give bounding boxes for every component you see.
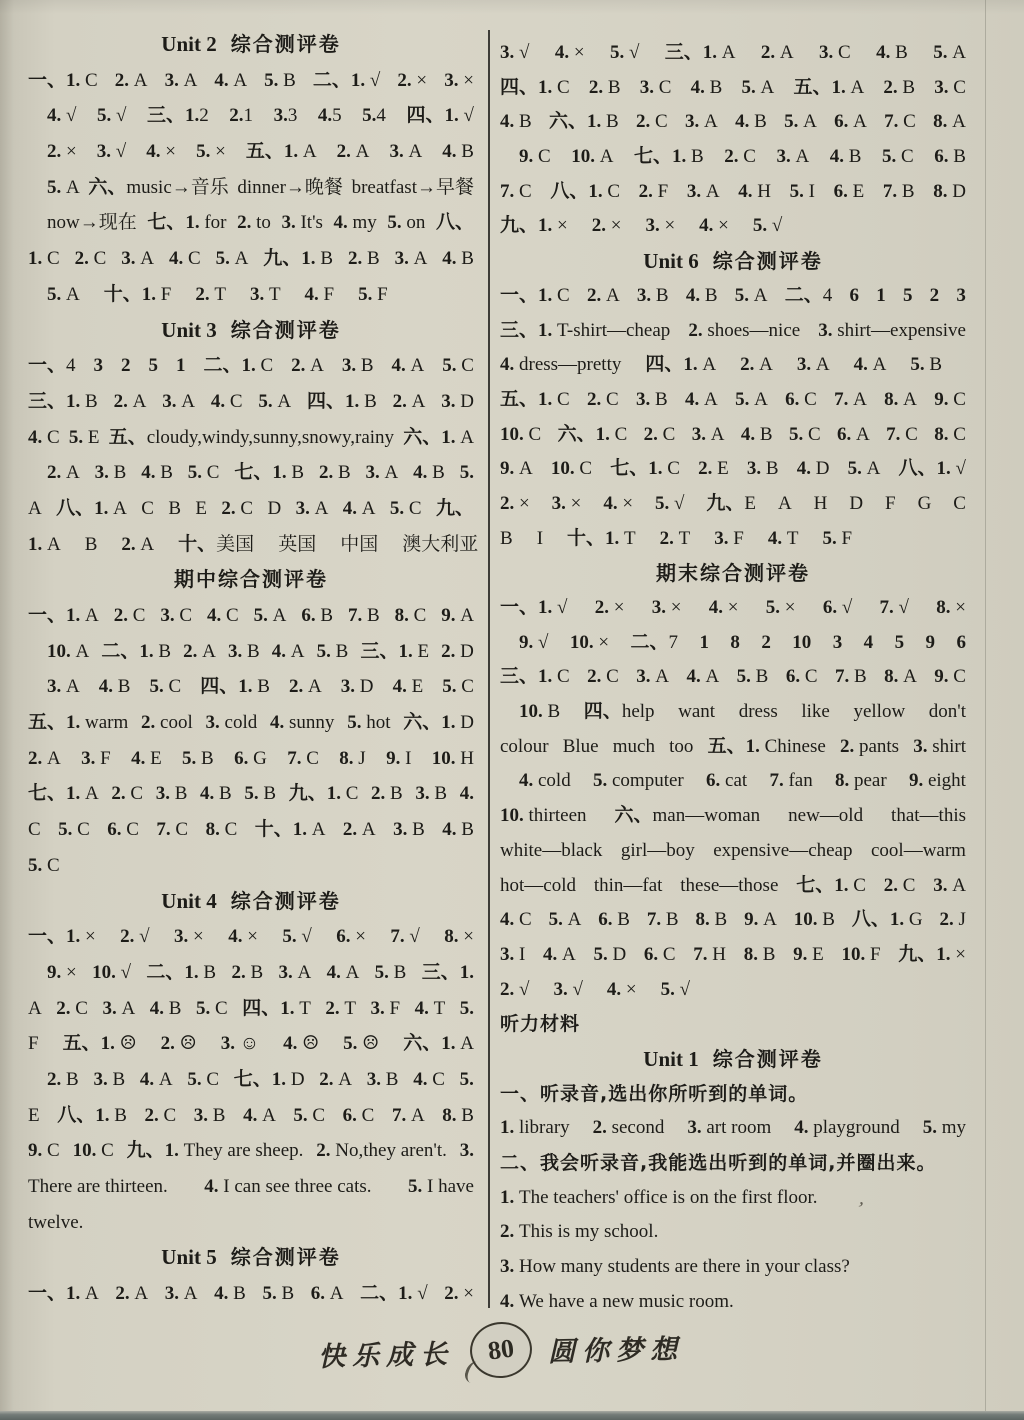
answer-token: 2. C [636, 105, 668, 140]
answer-token: 6. × [336, 919, 366, 955]
answer-token: 4. A [214, 63, 247, 99]
answer-line: 5. C [28, 848, 474, 884]
answer-token: 2. √ [500, 979, 529, 1000]
answer-token: 6 [849, 279, 859, 314]
answer-token: 十、1. F [104, 284, 172, 305]
answer-line: 10. C六、1. C2. C3. A4. B5. C6. A7. C8. C [500, 418, 966, 453]
answer-token: 5. C [28, 855, 60, 876]
answer-token: 五、cloudy,windy,sunny,snowy,rainy [109, 420, 394, 456]
answer-token: yellow [853, 695, 905, 730]
answer-line: 4. dress—pretty四、1. A2. A3. A4. A5. B [500, 348, 966, 383]
answer-token: 2. A [740, 354, 773, 375]
answer-token: 3. A [165, 63, 198, 99]
answer-token: 3. B [637, 279, 669, 314]
answer-line: C5. C6. C7. C8. C十、1. A2. A3. B4. B [28, 812, 474, 848]
answer-token: 八、 [436, 205, 474, 241]
answer-token: 2. shoes—nice [688, 314, 800, 349]
answer-token: 5. C [789, 418, 821, 453]
answer-line: 3. How many students are there in your c… [500, 1250, 966, 1285]
answer-token: 九、1. C [289, 776, 359, 812]
answer-token: 三、1.2 [147, 98, 209, 134]
answer-token: 2. × [397, 63, 427, 99]
answer-token: 3. A [278, 955, 311, 991]
answer-token: 5. A [848, 452, 881, 487]
answer-token: 7. C [156, 812, 188, 848]
answer-token: 2. second [593, 1111, 665, 1146]
answer-token: 五、1. A [246, 134, 317, 170]
answer-token: white—black [500, 834, 602, 869]
answer-token: 8. J [339, 741, 365, 777]
answer-token: 3. A [389, 134, 422, 170]
answer-line: 2. A3. F4. E5. B6. G7. C8. J9. I10. H [28, 741, 474, 777]
answer-token: I [537, 528, 543, 549]
answer-token: 4. cold [519, 764, 571, 799]
answer-token: expensive—cheap [713, 834, 852, 869]
answer-token: 3. B [393, 812, 425, 848]
answer-token: 3. F [714, 528, 744, 549]
answer-token: 七、1. B [234, 455, 304, 491]
answer-token: 4. [460, 776, 474, 812]
answer-token: 2. T [325, 991, 356, 1027]
answer-line: 4. B六、1. B2. C3. A4. B5. A6. A7. C8. A [500, 105, 966, 140]
answer-token: 4. C [413, 1062, 445, 1098]
answer-line: 一、1. ×2. √3. ×4. ×5. √6. ×7. √8. × [28, 919, 474, 955]
answer-token: 六、1. A [403, 1026, 474, 1062]
answer-token: 听力材料 [500, 1013, 580, 1035]
answer-token: 8. B [695, 903, 727, 938]
answer-token: girl—boy [621, 834, 695, 869]
answer-token: 5. on [387, 205, 425, 241]
answer-token: 五、1. Chinese [708, 730, 826, 765]
answer-token: 八、1. G [852, 903, 923, 938]
answer-token: 二、1. √ [360, 1276, 427, 1312]
answer-token: 4. ☹ [283, 1026, 319, 1062]
answer-token: 3. × [444, 63, 474, 99]
answer-token: 10. C [500, 418, 541, 453]
answer-token: 2. pants [840, 730, 899, 765]
answer-token: 3. A [366, 455, 399, 491]
answer-token: 5. C [150, 669, 182, 705]
answer-token: 10. C [73, 1133, 114, 1169]
answer-token: 7. B [348, 598, 380, 634]
answer-token: 4. C [169, 241, 201, 277]
answer-token: 1. C [28, 241, 60, 277]
answer-token: 4. B [735, 105, 767, 140]
answer-token: 2. C [145, 1098, 177, 1134]
answer-line: 4. √5. √三、1.22.13.34.55.4四、1. √ [28, 98, 474, 134]
answer-token: 七、1. D [234, 1062, 305, 1098]
answer-token: 4. B [442, 812, 474, 848]
answer-line: 一、1. C2. A3. A4. A5. B二、1. √2. ×3. × [28, 63, 474, 99]
answer-token: 5. [460, 991, 474, 1027]
answer-token: 10. thirteen [500, 799, 587, 834]
answer-token: 8. A [884, 383, 917, 418]
answer-line: 4. cold5. computer6. cat7. fan8. pear9. … [500, 764, 966, 799]
right-column: 3. √4. ×5. √三、1. A2. A3. C4. B5. A四、1. C… [500, 36, 966, 1319]
answer-token: 3. A [687, 175, 720, 210]
answer-token: 1. A [28, 534, 61, 555]
answer-token: D [849, 487, 863, 522]
answer-token: 5. D [593, 938, 626, 973]
answer-token: 八、1. A [56, 491, 127, 527]
answer-token: 4. dress—pretty [500, 354, 621, 375]
answer-token: 2. A [393, 384, 426, 420]
answer-token: 8. B [744, 938, 776, 973]
answer-token: 七、1. C [610, 452, 680, 487]
answer-token: 二、1. B [101, 634, 171, 670]
answer-line: 三、1. C2. C3. A4. A5. B6. C7. B8. A9. C [500, 660, 966, 695]
answer-token: 5. B [264, 63, 296, 99]
answer-token: 4. B [686, 279, 718, 314]
answer-token: 10. B [794, 903, 835, 938]
answer-token: 3. × [652, 591, 682, 626]
answer-token: 7. C [500, 175, 532, 210]
answer-token: 5. √ [282, 919, 311, 955]
answer-token: 5. [460, 1062, 474, 1098]
answer-token: 3 [833, 626, 843, 661]
answer-line: 10. thirteen六、man—womannew—oldthat—this [500, 799, 966, 834]
answer-token: 4. E [131, 741, 162, 777]
answer-line: 一、1. √2. ×3. ×4. ×5. ×6. √7. √8. × [500, 591, 966, 626]
footer-motto-left: 快乐成长 [318, 1331, 455, 1373]
answer-token: 5. B [737, 660, 769, 695]
answer-token: 六、1. C [558, 418, 628, 453]
answer-token: 2. B [47, 1062, 79, 1098]
answer-token: 五、1. A [793, 71, 864, 106]
answer-token: 3. T [250, 284, 281, 305]
answer-token: 6. cat [706, 764, 747, 799]
answer-token: 4. × [607, 979, 637, 1000]
paper-crease [985, 0, 986, 1420]
answer-line: A八、1. ACBE2. CD3. A4. A5. C九、 [28, 491, 474, 527]
answer-token: 6. A [311, 1276, 344, 1312]
answer-token: 5. B [262, 1276, 294, 1312]
answer-token: 6 [956, 626, 966, 661]
answer-token: 2. D [441, 634, 474, 670]
answer-token: 4. × [699, 215, 729, 236]
answer-token: 十、1. T [567, 528, 636, 549]
answer-line: 2. ×3. ×4. ×5. √九、EAHDFGC [500, 487, 966, 522]
answer-token: 2. C [587, 383, 619, 418]
answer-token: 4. B [141, 455, 173, 491]
answer-token: 3. A [162, 384, 195, 420]
answer-token: 6. B [598, 903, 630, 938]
answer-token: 4. playground [794, 1111, 900, 1146]
answer-line: 一、1. C2. A3. B4. B5. A二、461523 [500, 279, 966, 314]
answer-token: 三、1. C [500, 660, 570, 695]
answer-token: 5 [148, 348, 158, 384]
answer-token: 八、1. √ [898, 452, 965, 487]
answer-token: 4. C [211, 384, 243, 420]
answer-token: 5. A [742, 71, 775, 106]
answer-token: 4. A [243, 1098, 276, 1134]
answer-token: 8. B [442, 1098, 474, 1134]
answer-token: 3. √ [553, 979, 582, 1000]
answer-token: dinner→晚餐 [237, 170, 343, 206]
answer-token: 4. B [691, 71, 723, 106]
answer-token: 2. B [589, 71, 621, 106]
answer-token: 4 [864, 626, 874, 661]
answer-token: 5. ☹ [343, 1026, 379, 1062]
column-divider-line [488, 30, 490, 1308]
answer-line: 10. A二、1. B2. A3. B4. A5. B三、1. E2. D [28, 634, 474, 670]
answer-token: 2. No,they aren't. [316, 1133, 447, 1169]
answer-token: There are thirteen. [28, 1169, 168, 1205]
answer-token: 5. my [923, 1111, 966, 1146]
answer-line: 5. A六、music→音乐dinner→晚餐breatfast→早餐 [28, 170, 474, 206]
answer-line: 9. ×10. √二、1. B2. B3. A4. A5. B三、1. [28, 955, 474, 991]
answer-line: twelve. [28, 1205, 474, 1241]
answer-token: 4. C [500, 903, 532, 938]
answer-line: 3. I4. A5. D6. C7. H8. B9. E10. F九、1. × [500, 938, 966, 973]
answer-token: 2. ☹ [161, 1026, 197, 1062]
answer-token: 4. B [442, 241, 474, 277]
answer-token: 四、1. B [307, 384, 377, 420]
answer-token: 9. E [793, 938, 824, 973]
answer-token: 5. B [375, 955, 407, 991]
answer-token: 7. C [886, 418, 918, 453]
answer-token: 2. A [121, 534, 154, 555]
answer-token: 9 [926, 626, 936, 661]
section-heading: Unit 6综合测评卷 [500, 244, 966, 279]
answer-token: 4. √ [47, 98, 76, 134]
answer-token: 1 [699, 626, 709, 661]
answer-token: 2. A [291, 348, 324, 384]
answer-line: 七、1. A2. C3. B4. B5. B九、1. C2. B3. B4. [28, 776, 474, 812]
answer-token: 3. B [636, 383, 668, 418]
answer-token: 5. B [244, 776, 276, 812]
answer-token: 3. A [121, 241, 154, 277]
answer-token: 2. B [319, 455, 351, 491]
answer-token: 九、1. B [263, 241, 333, 277]
answer-line: 9. √10. ×二、71821034596 [500, 626, 966, 661]
answer-token: 2. to [237, 205, 271, 241]
answer-token: 3. B [95, 455, 127, 491]
answer-token: 2. C [111, 776, 143, 812]
answer-token: 6. C [786, 660, 818, 695]
answer-token: 3. A [685, 105, 718, 140]
answer-line: E八、1. B2. C3. B4. A5. C6. C7. A8. B [28, 1098, 474, 1134]
answer-token: 3. √ [500, 36, 529, 71]
answer-token: 4. T [768, 528, 799, 549]
answer-token: 5. C [196, 991, 228, 1027]
section-heading: 期中综合测评卷 [28, 562, 474, 598]
answer-token: 3. ☺ [221, 1026, 259, 1062]
answer-token: C [141, 491, 154, 527]
answer-token: 2. C [644, 418, 676, 453]
answer-token: 4. × [555, 36, 585, 71]
answer-token: 2. B [371, 776, 403, 812]
answer-token: 4. C [28, 420, 60, 456]
answer-line: BI十、1. T2. T3. F4. T5. F [500, 522, 966, 557]
answer-token: A [778, 487, 792, 522]
answer-token: 4. D [797, 452, 830, 487]
answer-line: 9. C10. A七、1. B2. C3. A4. B5. C6. B [500, 140, 966, 175]
answer-token: 2. C [75, 241, 107, 277]
answer-token: 4. B [500, 105, 532, 140]
answer-token: 5. C [293, 1098, 325, 1134]
answer-token: 5. B [317, 634, 349, 670]
answer-token: 3. D [441, 384, 474, 420]
answer-token: 2. F [639, 175, 669, 210]
answer-token: 5. C [882, 140, 914, 175]
answer-line: There are thirteen.4. I can see three ca… [28, 1169, 474, 1205]
answer-token: 4. A [272, 634, 305, 670]
answer-line: 四、1. C2. B3. C4. B5. A五、1. A2. B3. C [500, 71, 966, 106]
answer-token: 6. C [785, 383, 817, 418]
answer-token: 三、1. T-shirt—cheap [500, 314, 670, 349]
answer-token: 4. T [415, 991, 446, 1027]
answer-token: want [678, 695, 715, 730]
answer-token: 4. H [738, 175, 771, 210]
answer-token: cool—warm [871, 834, 966, 869]
answer-token: 5.4 [362, 98, 386, 134]
answer-token: 4.5 [318, 98, 342, 134]
answer-token: 5. √ [610, 36, 639, 71]
answer-token: A [28, 491, 42, 527]
answer-token: 6. A [834, 105, 867, 140]
answer-token: 2. C [587, 660, 619, 695]
answer-line: 一、1. A2. C3. C4. C5. A6. B7. B8. C9. A [28, 598, 474, 634]
answer-token: 9. × [47, 955, 77, 991]
answer-token: 4. A [343, 491, 376, 527]
answer-line: now→现在七、1. for2. to3. It's4. my5. on八、 [28, 205, 474, 241]
answer-token: 5. C [188, 455, 220, 491]
section-heading: Unit 5综合测评卷 [28, 1240, 474, 1276]
answer-line: 10. B四、helpwantdresslikeyellowdon't [500, 695, 966, 730]
answer-token: 二、7 [631, 626, 679, 661]
answer-token: 5. B [910, 354, 942, 375]
answer-token: 一、1. × [28, 919, 96, 955]
answer-token: 3. C [934, 71, 966, 106]
answer-token: 2. A [343, 812, 376, 848]
subsection-title: 听力材料 [500, 1007, 966, 1042]
answer-token: 4. A [327, 955, 360, 991]
answer-token: 3. × [645, 215, 675, 236]
answer-token: 5. A [216, 241, 249, 277]
answer-token: 7. √ [880, 591, 909, 626]
scan-bottom-edge [0, 1411, 1024, 1420]
page-number: 80 [486, 1333, 516, 1366]
answer-token: 4. B [741, 418, 773, 453]
answer-token: 9. A [500, 452, 533, 487]
answer-token: don't [929, 695, 966, 730]
answer-token: 5. C [442, 669, 474, 705]
section-heading: Unit 4综合测评卷 [28, 884, 474, 920]
answer-token: 10. F [841, 938, 880, 973]
section-heading: Unit 1综合测评卷 [500, 1042, 966, 1077]
answer-token: 4. I can see three cats. [204, 1169, 371, 1205]
answer-token: 2. × [47, 134, 77, 170]
answer-token: 3. It's [281, 205, 322, 241]
answer-token: 3. shirt [913, 730, 966, 765]
answer-token: 4. A [392, 348, 425, 384]
answer-line: F五、1. ☹2. ☹3. ☺4. ☹5. ☹六、1. A [28, 1026, 474, 1062]
answer-token: 3. F [370, 991, 400, 1027]
answer-line: 一、43251二、1. C2. A3. B4. A5. C [28, 348, 474, 384]
answer-token: 9. A [744, 903, 777, 938]
answer-token: 9. C [934, 660, 966, 695]
answer-token: 4. × [146, 134, 176, 170]
answer-line: 7. C八、1. C2. F3. A4. H5. I6. E7. B8. D [500, 175, 966, 210]
answer-token: 2. C [56, 991, 88, 1027]
answer-token: 5. √ [97, 98, 126, 134]
answer-token: 4. B [830, 140, 862, 175]
answer-token: 2. T [660, 528, 691, 549]
answer-token: 2. × [500, 487, 530, 522]
answer-token: 5. C [187, 1062, 219, 1098]
answer-line: 3. A4. B5. C四、1. B2. A3. D4. E5. C [28, 669, 474, 705]
answer-token: 2.1 [229, 98, 253, 134]
answer-token: 2. A [319, 1062, 352, 1098]
answer-line: 1. library2. second3. art room4. playgro… [500, 1111, 966, 1146]
answer-token: Blue [563, 730, 599, 765]
answer-line: 4. C5. A6. B7. B8. B9. A10. B八、1. G2. J [500, 903, 966, 938]
answer-token: 3. √ [97, 134, 126, 170]
answer-token: 三、1. E [360, 634, 429, 670]
answer-line: 九、1. ×2. ×3. ×4. ×5. √ [500, 209, 966, 244]
answer-token: D [268, 491, 282, 527]
answer-token: 3. shirt—expensive [818, 314, 966, 349]
answer-token: 5. A [549, 903, 582, 938]
answer-token: 5. × [196, 134, 226, 170]
answer-token: 4. C [207, 598, 239, 634]
answer-token: 5. × [766, 591, 796, 626]
answer-token: 3. B [194, 1098, 226, 1134]
answer-token: 4. B [99, 669, 131, 705]
answer-token: 八、1. C [550, 175, 620, 210]
answer-token: 4. We have a new music room. [500, 1291, 734, 1312]
answer-line: 9. C10. C九、1. They are sheep.2. No,they … [28, 1133, 474, 1169]
answer-token: 4. A [686, 660, 719, 695]
answer-line: 3. √4. ×5. √三、1. A2. A3. C4. B5. A [500, 36, 966, 71]
answer-token: 十、美国 [178, 534, 254, 555]
answer-token: 7. C [287, 741, 319, 777]
answer-token: 3. art room [687, 1111, 771, 1146]
answer-token: 2. × [595, 591, 625, 626]
scanned-answer-key-page: Unit 2综合测评卷一、1. C2. A3. A4. A5. B二、1. √2… [0, 0, 1024, 1420]
answer-token: 一、1. A [28, 598, 99, 634]
answer-token: F [28, 1026, 39, 1062]
answer-token: 3. B [342, 348, 374, 384]
answer-line: 2. This is my school. [500, 1215, 966, 1250]
answer-line: 9. A10. C七、1. C2. E3. B4. D5. A八、1. √ [500, 452, 966, 487]
answer-token: 3. C [819, 36, 851, 71]
answer-token: 5. √ [655, 487, 684, 522]
answer-token: 3. B [747, 452, 779, 487]
answer-token: 2. × [444, 1276, 474, 1312]
answer-token: 4. A [854, 354, 887, 375]
answer-token: 7. A [392, 1098, 425, 1134]
answer-line: 五、1. warm2. cool3. cold4. sunny5. hot六、1… [28, 705, 474, 741]
answer-token: 3. C [160, 598, 192, 634]
answer-token: 2. C [724, 140, 756, 175]
answer-token: 7. fan [769, 764, 812, 799]
answer-token: 5 [895, 626, 905, 661]
answer-token: 5 [903, 279, 913, 314]
answer-token: 二、1. √ [313, 63, 380, 99]
answer-token: 5. computer [593, 764, 684, 799]
answer-token: 六、man—woman [615, 799, 761, 834]
answer-token: 4. × [228, 919, 258, 955]
answer-token: 澳大利亚 [402, 534, 478, 555]
answer-token: 3. A [692, 418, 725, 453]
answer-token: 5. I have [408, 1169, 474, 1205]
answer-token: 2. × [592, 215, 622, 236]
answer-token: 8. D [933, 175, 966, 210]
answer-token: 7. A [834, 383, 867, 418]
answer-token: 5. F [822, 528, 852, 549]
